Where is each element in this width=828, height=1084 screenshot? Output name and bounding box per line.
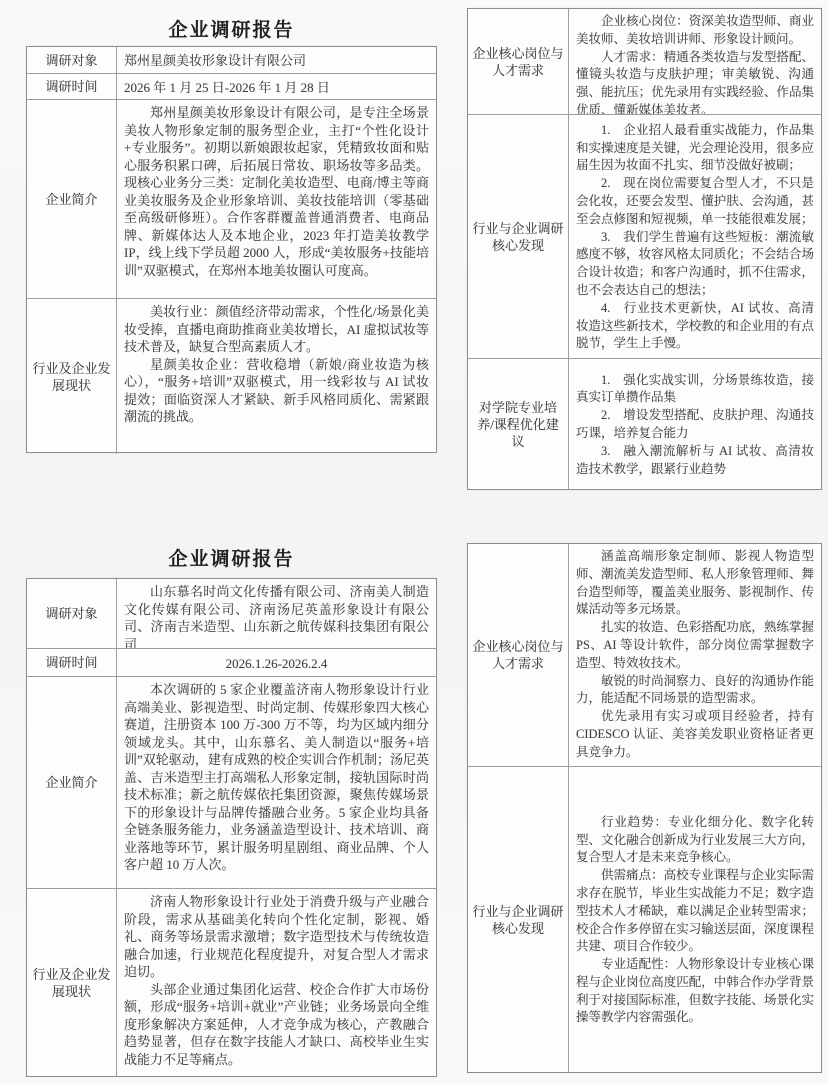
paragraph: 本次调研的 5 家企业覆盖济南人物形象设计行业高端美业、影视造型、时尚定制、传媒… [124, 681, 429, 874]
table-row: 调研时间 2026.1.26-2026.2.4 [27, 648, 436, 676]
report1-table: 调研对象 郑州星颜美妆形象设计有限公司 调研时间 2026 年 1 月 25 日… [26, 46, 437, 453]
paragraph: 扎实的妆造、色彩搭配功底，熟练掌握 PS、AI 等设计软件，部分岗位需掌握数字造… [576, 619, 814, 672]
table-row: 企业核心岗位与人才需求 企业核心岗位：资深美妆造型师、商业美妆师、美妆培训讲师、… [468, 9, 821, 114]
paragraph: 头部企业通过集团化运营、校企合作扩大市场份额，形成“服务+培训+就业”产业链；业… [124, 981, 429, 1069]
row-label: 调研对象 [27, 579, 117, 648]
row-label: 调研时间 [27, 74, 117, 99]
row-label: 对学院专业培养/课程优化建议 [468, 359, 569, 489]
table-row: 行业及企业发展现状 美妆行业：颜值经济带动需求，个性化/场景化美妆受捧，直播电商… [27, 298, 436, 454]
paragraph: 涵盖高端形象定制师、影视人物造型师、潮流美发造型师、私人形象管理师、舞台造型师等… [576, 548, 814, 619]
field-value: 行业趋势：专业化细分化、数字化转型、文化融合创新成为行业发展三大方向，复合型人才… [569, 767, 821, 1072]
paragraph: 企业核心岗位：资深美妆造型师、商业美妆师、美妆培训讲师、形象设计顾问。 [576, 13, 814, 49]
paragraph: 山东慕名时尚文化传播有限公司、济南美人制造文化传媒有限公司、济南汤尼英盖形象设计… [124, 583, 429, 648]
paragraph: 敏锐的时尚洞察力、良好的沟通协作能力，能适配不同场景的造型需求。 [576, 673, 814, 709]
report1-title: 企业调研报告 [26, 15, 437, 42]
table-row: 调研时间 2026 年 1 月 25 日-2026 年 1 月 28 日 [27, 73, 436, 99]
field-value: 济南人物形象设计行业处于消费升级与产业融合阶段，需求从基础美化转向个性化定制，影… [117, 889, 436, 1076]
paragraph: 美妆行业：颜值经济带动需求，个性化/场景化美妆受捧，直播电商助推商业美妆增长，A… [124, 303, 429, 356]
field-value: 2026.1.26-2026.2.4 [117, 649, 436, 676]
field-value: 1. 强化实战实训，分场景练妆造，接真实订单攒作品集 2. 增设发型搭配、皮肤护… [569, 359, 821, 489]
numbered-item: 3. 融入潮流解析与 AI 试妆、高清妆造技术教学，跟紧行业趋势 [576, 443, 814, 479]
report2-table: 调研对象 山东慕名时尚文化传播有限公司、济南美人制造文化传媒有限公司、济南汤尼英… [26, 578, 437, 1077]
numbered-item: 3. 我们学生普遍有这些短板：潮流敏感度不够，妆容风格太同质化；不会结合场合设计… [576, 229, 814, 300]
document-page: 企业调研报告 调研对象 郑州星颜美妆形象设计有限公司 调研时间 2026 年 1… [0, 0, 828, 1084]
findings2-table: 企业核心岗位与人才需求 涵盖高端形象定制师、影视人物造型师、潮流美发造型师、私人… [467, 543, 822, 1073]
table-row: 企业核心岗位与人才需求 涵盖高端形象定制师、影视人物造型师、潮流美发造型师、私人… [468, 544, 821, 766]
field-value: 郑州星颜美妆形象设计有限公司 [117, 47, 436, 73]
row-label: 企业简介 [27, 677, 117, 888]
paragraph: 星颜美妆企业：营收稳增（新娘/商业妆造为核心），“服务+培训”双驱模式，用一线彩… [124, 356, 429, 426]
numbered-item: 2. 增设发型搭配、皮肤护理、沟通技巧课，培养复合能力 [576, 407, 814, 443]
table-row: 企业简介 本次调研的 5 家企业覆盖济南人物形象设计行业高端美业、影视造型、时尚… [27, 676, 436, 888]
table-row: 行业与企业调研核心发现 1. 企业招人最看重实战能力，作品集和实操速度是关键，光… [468, 114, 821, 358]
paragraph: 优先录用有实习或项目经验者，持有 CIDESCO 认证、美容美发职业资格证者更具… [576, 708, 814, 761]
numbered-item: 2. 现在岗位需要复合型人才，不只是会化妆，还要会发型、懂护肤、会沟通，甚至会点… [576, 175, 814, 228]
row-label: 企业简介 [27, 100, 117, 298]
row-label: 行业及企业发展现状 [27, 299, 117, 454]
numbered-item: 1. 强化实战实训，分场景练妆造，接真实订单攒作品集 [576, 372, 814, 408]
numbered-item: 1. 企业招人最看重实战能力，作品集和实操速度是关键，光会理论没用，很多应届生因… [576, 122, 814, 175]
paragraph: 人才需求：精通各类妆造与发型搭配、懂镜头妆造与皮肤护理；审美敏锐、沟通强、能抗压… [576, 49, 814, 114]
row-label: 调研对象 [27, 47, 117, 73]
table-row: 调研对象 郑州星颜美妆形象设计有限公司 [27, 47, 436, 73]
table-row: 企业简介 郑州星颜美妆形象设计有限公司，是专注全场景美妆人物形象定制的服务型企业… [27, 99, 436, 298]
row-label: 行业及企业发展现状 [27, 889, 117, 1076]
row-label: 企业核心岗位与人才需求 [468, 544, 569, 766]
paragraph: 行业趋势：专业化细分化、数字化转型、文化融合创新成为行业发展三大方向，复合型人才… [576, 814, 814, 867]
table-row: 行业及企业发展现状 济南人物形象设计行业处于消费升级与产业融合阶段，需求从基础美… [27, 888, 436, 1076]
numbered-item: 4. 行业技术更新快，AI 试妆、高清妆造这些新技术，学校教的和企业用的有点脱节… [576, 300, 814, 353]
field-value: 山东慕名时尚文化传播有限公司、济南美人制造文化传媒有限公司、济南汤尼英盖形象设计… [117, 579, 436, 648]
table-row: 调研对象 山东慕名时尚文化传播有限公司、济南美人制造文化传媒有限公司、济南汤尼英… [27, 579, 436, 648]
paragraph: 济南人物形象设计行业处于消费升级与产业融合阶段，需求从基础美化转向个性化定制，影… [124, 893, 429, 981]
findings1-table: 企业核心岗位与人才需求 企业核心岗位：资深美妆造型师、商业美妆师、美妆培训讲师、… [467, 8, 822, 490]
paragraph: 供需痛点：高校专业课程与企业实际需求存在脱节，毕业生实战能力不足；数字造型技术人… [576, 867, 814, 956]
field-value: 企业核心岗位：资深美妆造型师、商业美妆师、美妆培训讲师、形象设计顾问。 人才需求… [569, 9, 821, 114]
field-value: 本次调研的 5 家企业覆盖济南人物形象设计行业高端美业、影视造型、时尚定制、传媒… [117, 677, 436, 888]
table-row: 对学院专业培养/课程优化建议 1. 强化实战实训，分场景练妆造，接真实订单攒作品… [468, 358, 821, 489]
table-row: 行业与企业调研核心发现 行业趋势：专业化细分化、数字化转型、文化融合创新成为行业… [468, 766, 821, 1072]
field-value: 2026 年 1 月 25 日-2026 年 1 月 28 日 [117, 74, 436, 99]
row-label: 行业与企业调研核心发现 [468, 115, 569, 358]
field-value: 1. 企业招人最看重实战能力，作品集和实操速度是关键，光会理论没用，很多应届生因… [569, 115, 821, 358]
row-label: 调研时间 [27, 649, 117, 676]
field-value: 涵盖高端形象定制师、影视人物造型师、潮流美发造型师、私人形象管理师、舞台造型师等… [569, 544, 821, 766]
report2-title: 企业调研报告 [26, 544, 437, 571]
field-value: 郑州星颜美妆形象设计有限公司，是专注全场景美妆人物形象定制的服务型企业，主打“个… [117, 100, 436, 298]
field-value: 美妆行业：颜值经济带动需求，个性化/场景化美妆受捧，直播电商助推商业美妆增长，A… [117, 299, 436, 454]
row-label: 企业核心岗位与人才需求 [468, 9, 569, 114]
row-label: 行业与企业调研核心发现 [468, 767, 569, 1072]
paragraph: 郑州星颜美妆形象设计有限公司，是专注全场景美妆人物形象定制的服务型企业，主打“个… [124, 104, 429, 279]
paragraph: 专业适配性：人物形象设计专业核心课程与企业岗位高度匹配，中韩合作办学背景利于对接… [576, 956, 814, 1027]
